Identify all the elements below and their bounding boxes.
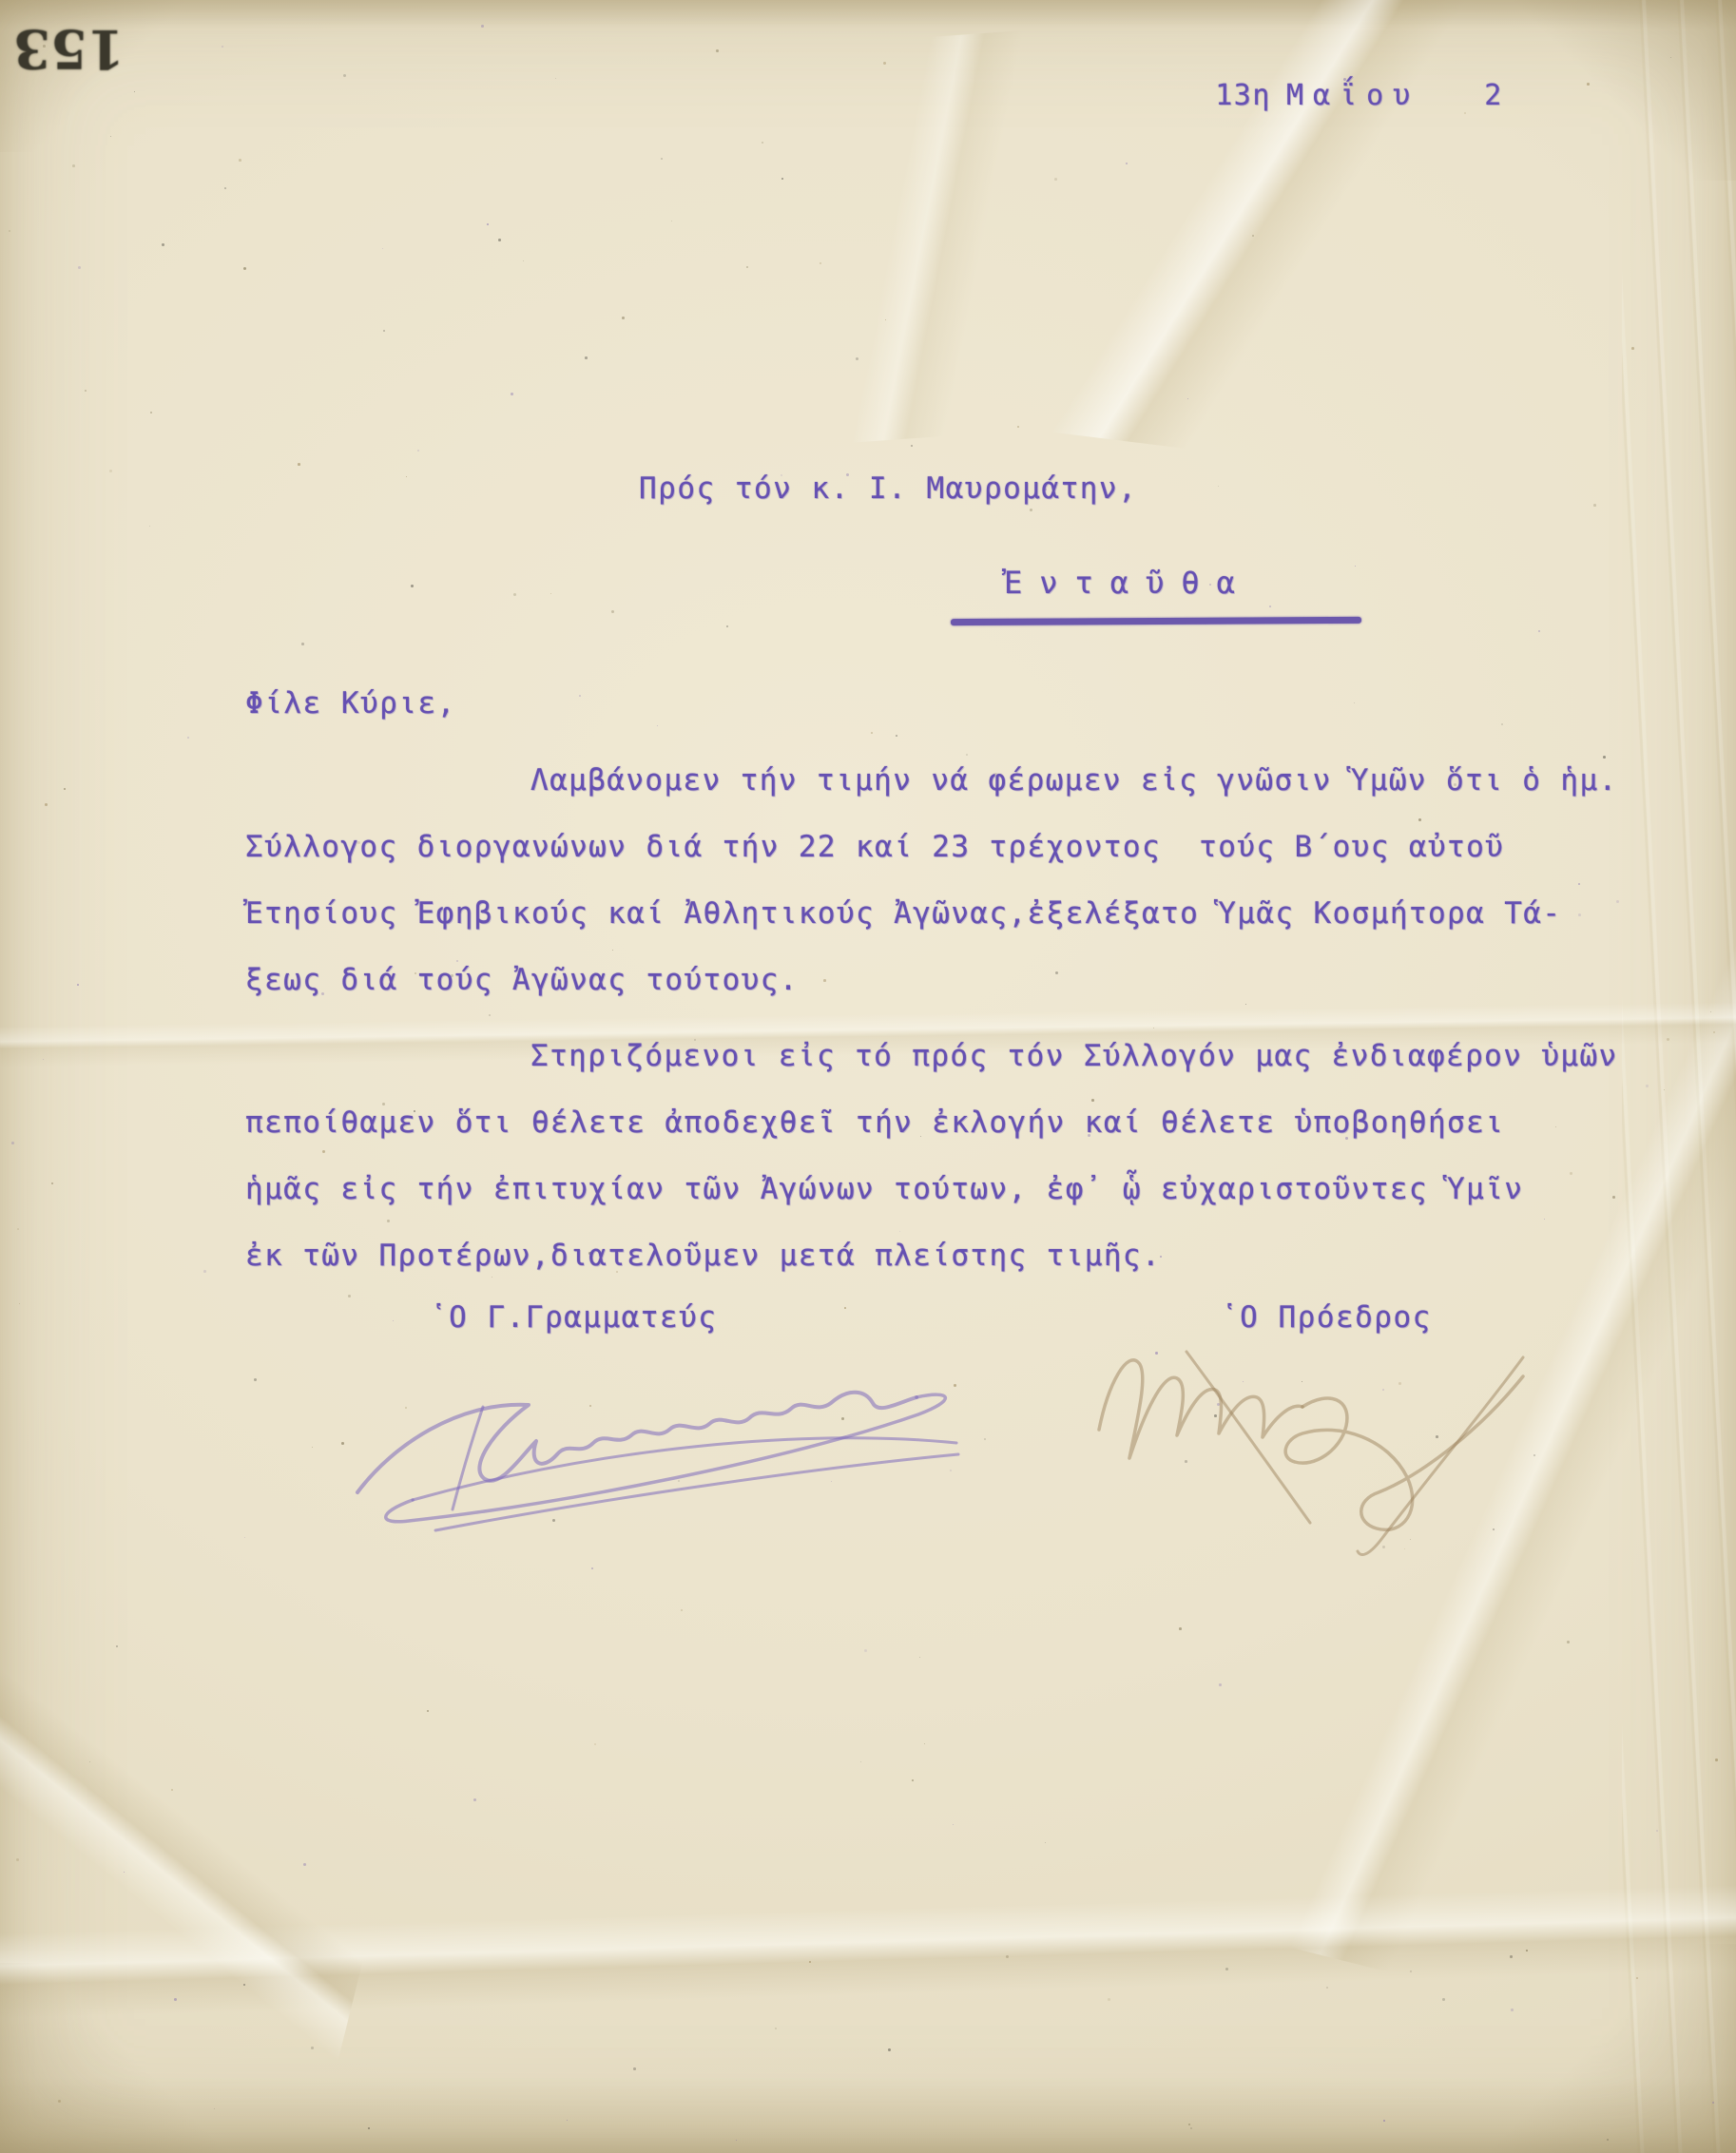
president-signature (1072, 1323, 1567, 1566)
location-underline (951, 617, 1361, 625)
secretary-signature (340, 1350, 968, 1535)
archive-page-number: 153 (13, 17, 125, 80)
date-year: 2 (1484, 79, 1503, 112)
body-line: πεποίθαμεν ὅτι θέλετε ἀποδεχθεῖ τήν ἐκλο… (245, 1089, 1690, 1156)
body-line: Σύλλογος διοργανώνων διά τήν 22 καί 23 τ… (245, 814, 1690, 880)
paper-top-edge-shading (0, 0, 1736, 29)
body-line: Λαμβάνομεν τήν τιμήν νά φέρωμεν εἰς γνῶσ… (245, 747, 1690, 814)
scanned-letter-page: 153 13ηΜαΐου2 Πρός τόν κ. Ι. Μαυρομάτην,… (0, 0, 1736, 2153)
body-line: Ἐτησίους Ἐφηβικούς καί Ἀθλητικούς Ἀγῶνας… (245, 880, 1690, 947)
date-line: 13ηΜαΐου2 (1141, 46, 1503, 145)
body-line: ξεως διά τούς Ἀγῶνας τούτους. (245, 947, 1690, 1013)
paper-bottom-edge-shading (0, 2077, 1736, 2153)
body-line: Στηριζόμενοι εἰς τό πρός τόν Σύλλογόν μα… (245, 1023, 1690, 1089)
salutation: Φίλε Κύριε, (245, 686, 456, 721)
paper-corner-shadow (0, 1963, 228, 2153)
paper-corner-shadow (1489, 1944, 1736, 2153)
recipient-line: Πρός τόν κ. Ι. Μαυρομάτην, (639, 471, 1137, 506)
date-month: Μαΐου (1286, 79, 1419, 112)
secretary-title: ῾Ο Γ.Γραμματεύς (430, 1300, 717, 1335)
paper-fold-line (0, 1853, 1736, 2046)
date-day: 13η (1215, 79, 1271, 112)
body-line: ἡμᾶς εἰς τήν ἐπιτυχίαν τῶν Ἀγώνων τούτων… (245, 1156, 1690, 1222)
location-line: Ἐνταῦθα (1004, 565, 1252, 601)
paper-crease (0, 1661, 411, 2066)
letter-body: Λαμβάνομεν τήν τιμήν νά φέρωμεν εἰς γνῶσ… (245, 747, 1690, 1289)
paper-corner-shadow (1508, 0, 1736, 181)
body-line: ἐκ τῶν Προτέρων,διατελοῦμεν μετά πλείστη… (245, 1222, 1690, 1289)
